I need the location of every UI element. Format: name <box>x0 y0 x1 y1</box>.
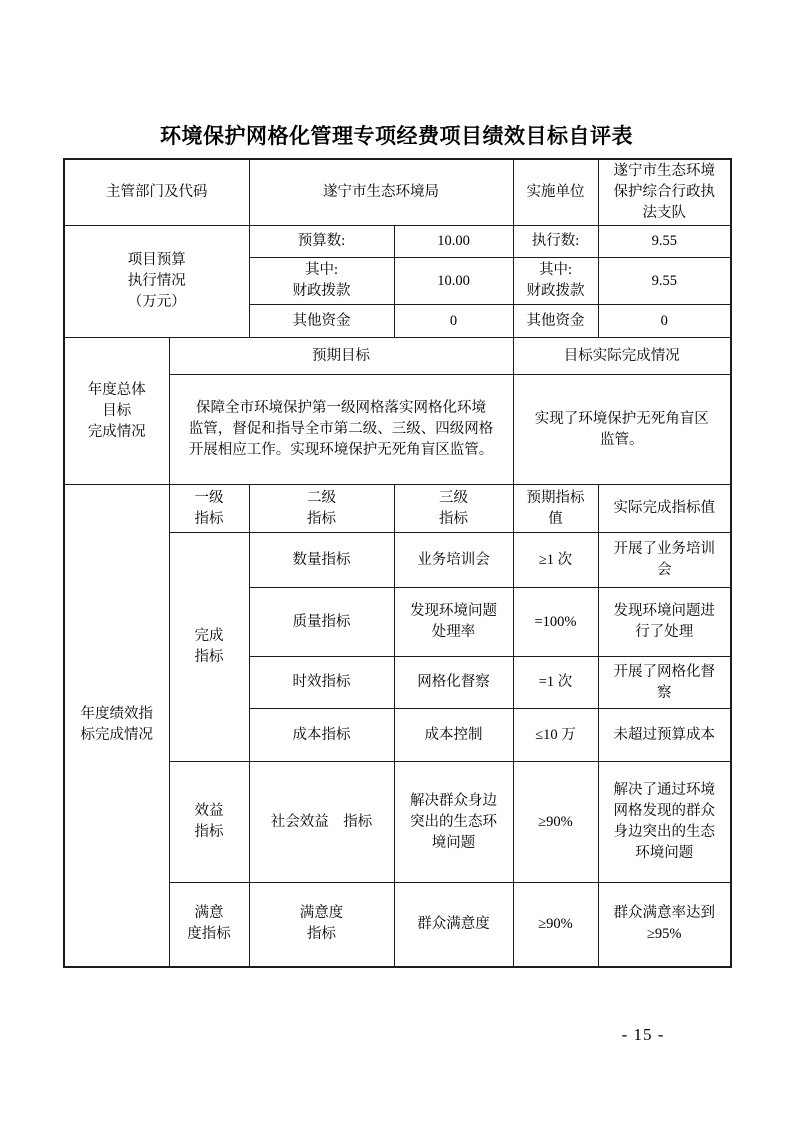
indicator-actual-value: 发现环境问题进 行了处理 <box>598 588 731 657</box>
indicator-expected-value: ≥90% <box>513 762 598 883</box>
indicator-expected-value: =100% <box>513 588 598 657</box>
indicator-actual-value: 开展了网格化督 察 <box>598 657 731 709</box>
budget-value-left: 0 <box>394 305 513 338</box>
table-row: 项目预算 执行情况 （万元） 预算数: 10.00 执行数: 9.55 <box>64 226 731 258</box>
indicator-group-label: 效益 指标 <box>169 762 249 883</box>
budget-label-left: 其他资金 <box>249 305 394 338</box>
indicator-actual-header: 实际完成指标值 <box>598 485 731 533</box>
budget-value-left: 10.00 <box>394 258 513 305</box>
indicator-section-label: 年度绩效指 标完成情况 <box>64 485 169 967</box>
indicator-l3: 成本控制 <box>394 709 513 762</box>
goal-expected-text: 保障全市环境保护第一级网格落实网格化环境 监管，督促和指导全市第二级、三级、四级… <box>169 375 513 485</box>
performance-self-evaluation-table: 主管部门及代码 遂宁市生态环境局 实施单位 遂宁市生态环境 保护综合行政执 法支… <box>63 158 732 968</box>
dept-code-value: 遂宁市生态环境局 <box>249 159 513 226</box>
indicator-expected-header: 预期指标 值 <box>513 485 598 533</box>
indicator-expected-value: ≤10 万 <box>513 709 598 762</box>
impl-unit-value: 遂宁市生态环境 保护综合行政执 法支队 <box>598 159 731 226</box>
indicator-l2: 成本指标 <box>249 709 394 762</box>
indicator-actual-value: 解决了通过环境 网格发现的群众 身边突出的生态 环境问题 <box>598 762 731 883</box>
indicator-l3: 群众满意度 <box>394 883 513 967</box>
page-number: - 15 - <box>563 1025 723 1045</box>
budget-value-right: 9.55 <box>598 226 731 258</box>
indicator-l3: 解决群众身边 突出的生态环 境问题 <box>394 762 513 883</box>
indicator-expected-value: ≥1 次 <box>513 533 598 588</box>
indicator-actual-value: 未超过预算成本 <box>598 709 731 762</box>
indicator-l2: 社会效益 指标 <box>249 762 394 883</box>
goal-section-label: 年度总体 目标 完成情况 <box>64 338 169 485</box>
budget-value-right: 9.55 <box>598 258 731 305</box>
budget-label-right: 执行数: <box>513 226 598 258</box>
table-row: 年度绩效指 标完成情况 一级 指标 二级 指标 三级 指标 预期指标 值 实际完… <box>64 485 731 533</box>
dept-code-label: 主管部门及代码 <box>64 159 249 226</box>
goal-actual-text: 实现了环境保护无死角盲区 监管。 <box>513 375 731 485</box>
indicator-l1-header: 一级 指标 <box>169 485 249 533</box>
indicator-l3: 发现环境问题 处理率 <box>394 588 513 657</box>
indicator-l3: 业务培训会 <box>394 533 513 588</box>
impl-unit-label: 实施单位 <box>513 159 598 226</box>
budget-label-left: 预算数: <box>249 226 394 258</box>
indicator-actual-value: 群众满意率达到 ≥95% <box>598 883 731 967</box>
table-row: 年度总体 目标 完成情况 预期目标 目标实际完成情况 <box>64 338 731 375</box>
indicator-actual-value: 开展了业务培训 会 <box>598 533 731 588</box>
budget-label-right: 其中: 财政拨款 <box>513 258 598 305</box>
budget-value-right: 0 <box>598 305 731 338</box>
table-row: 主管部门及代码 遂宁市生态环境局 实施单位 遂宁市生态环境 保护综合行政执 法支… <box>64 159 731 226</box>
indicator-expected-value: ≥90% <box>513 883 598 967</box>
indicator-expected-value: =1 次 <box>513 657 598 709</box>
indicator-group-label: 满意 度指标 <box>169 883 249 967</box>
indicator-l3-header: 三级 指标 <box>394 485 513 533</box>
indicator-l2: 数量指标 <box>249 533 394 588</box>
budget-label-right: 其他资金 <box>513 305 598 338</box>
goal-expected-header: 预期目标 <box>169 338 513 375</box>
goal-actual-header: 目标实际完成情况 <box>513 338 731 375</box>
indicator-l3: 网格化督察 <box>394 657 513 709</box>
indicator-l2: 满意度 指标 <box>249 883 394 967</box>
page-title: 环境保护网格化管理专项经费项目绩效目标自评表 <box>0 120 793 150</box>
budget-label-left: 其中: 财政拨款 <box>249 258 394 305</box>
indicator-l2-header: 二级 指标 <box>249 485 394 533</box>
indicator-l2: 时效指标 <box>249 657 394 709</box>
indicator-group-label: 完成 指标 <box>169 533 249 762</box>
indicator-l2: 质量指标 <box>249 588 394 657</box>
budget-section-label: 项目预算 执行情况 （万元） <box>64 226 249 338</box>
budget-value-left: 10.00 <box>394 226 513 258</box>
